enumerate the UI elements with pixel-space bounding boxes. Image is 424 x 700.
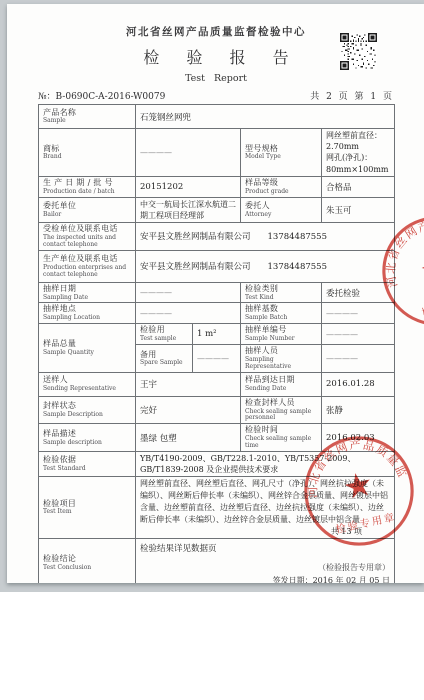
label-bailor: 委托单位Bailor (39, 197, 136, 222)
label-brand: 商标Brand (39, 129, 136, 177)
report-title-en: Test Report (38, 73, 394, 84)
value-arrival-date: 2016.01.28 (322, 372, 395, 396)
label-seal-state: 封样状态Sample Description (39, 396, 136, 424)
value-sender: 王宇 (136, 372, 241, 396)
table-row: 抽样日期Sampling Date ———— 检验类别Test Kind 委托检… (39, 282, 395, 303)
table-row: 封样状态Sample Description 完好 检查封样人员Check se… (39, 396, 395, 424)
label-spare-sample: 备用Spare Sample (136, 345, 193, 373)
value-sampling-rep: ———— (322, 345, 395, 373)
label-sender: 送样人Sending Representative (39, 372, 136, 396)
table-row: 产品名称Sample 石笼钢丝网兜 (39, 105, 395, 129)
label-test-kind: 检验类别Test Kind (241, 282, 322, 303)
label-test-standard: 检验依据Test Standard (39, 451, 136, 476)
table-row: 送样人Sending Representative 王宇 样品到达日期Sendi… (39, 372, 395, 396)
label-conclusion: 检验结论Test Conclusion (39, 538, 136, 583)
value-spare-sample: ———— (193, 345, 241, 373)
value-bailor: 中交一航局长江深水航道二期工程项目经理部 (136, 197, 241, 222)
value-producer-unit: 安平县文胜丝网制品有限公司 13784487555 (136, 250, 395, 282)
stamp-note: （检验报告专用章） (140, 562, 390, 573)
value-model: 网丝塑前直径：2.70mm网孔(净孔)：80mm×100mm (322, 129, 395, 177)
label-product: 产品名称Sample (39, 105, 136, 129)
page-info: 共 2 页 第 1 页 (310, 89, 394, 102)
report-number-row: №：B-0690C-A-2016-W0079 共 2 页 第 1 页 (38, 89, 394, 102)
value-sample-number: ———— (322, 324, 395, 345)
value-test-sample: 1 m² (193, 324, 241, 345)
table-row: 委托单位Bailor 中交一航局长江深水航道二期工程项目经理部 委托人Attor… (39, 197, 395, 222)
label-sample-number: 抽样单编号Sample Number (241, 324, 322, 345)
value-product: 石笼钢丝网兜 (136, 105, 395, 129)
label-producer-unit: 生产单位及联系电话Production enterprises and cont… (39, 250, 136, 282)
table-row: 抽样地点Sampling Location ———— 抽样基数Sample Ba… (39, 303, 395, 324)
qr-code-icon (340, 33, 377, 70)
label-production-date: 生 产 日 期 / 批 号Production date / batch (39, 176, 136, 197)
table-row: 样品总量Sample Quantity 检验用Test sample 1 m² … (39, 324, 395, 345)
table-row: 商标Brand ———— 型号规格Model Type 网丝塑前直径：2.70m… (39, 129, 395, 177)
label-sampling-date: 抽样日期Sampling Date (39, 282, 136, 303)
value-attorney: 朱玉可 (322, 197, 395, 222)
stamp-star-icon: ★ (413, 242, 424, 290)
label-sample-quantity: 样品总量Sample Quantity (39, 324, 136, 373)
value-sample-batch: ———— (322, 303, 395, 324)
label-sample-batch: 抽样基数Sample Batch (241, 303, 322, 324)
value-sample-desc: 墨绿 包塑 (136, 424, 241, 452)
label-test-sample: 检验用Test sample (136, 324, 193, 345)
table-row: 生 产 日 期 / 批 号Production date / batch 201… (39, 176, 395, 197)
label-attorney: 委托人Attorney (241, 197, 322, 222)
value-seal-checker: 张静 (322, 396, 395, 424)
issue-date: 签发日期：2016 年 02 月 05 日 (140, 575, 390, 583)
report-content: 河北省丝网产品质量监督检验中心 检 验 报 告 Test Report №：B-… (7, 4, 424, 583)
value-sampling-date: ———— (136, 282, 241, 303)
value-inspected-unit: 安平县文胜丝网制品有限公司 13784487555 (136, 222, 395, 250)
report-number: №：B-0690C-A-2016-W0079 (38, 89, 165, 102)
value-grade: 合格品 (322, 176, 395, 197)
label-grade: 样品等级Product grade (241, 176, 322, 197)
value-sampling-location: ———— (136, 303, 241, 324)
value-production-date: 20151202 (136, 176, 241, 197)
label-arrival-date: 样品到达日期Sending Date (241, 372, 322, 396)
report-page: 河北省丝网产品质量监督检验中心 检 验 报 告 Test Report №：B-… (7, 4, 424, 583)
value-brand: ———— (136, 129, 241, 177)
label-sampling-location: 抽样地点Sampling Location (39, 303, 136, 324)
label-sample-desc: 样品描述Sample description (39, 424, 136, 452)
label-test-item: 检验项目Test Item (39, 476, 136, 538)
label-seal-checker: 检查封样人员Check sealing sample personnel (241, 396, 322, 424)
label-sampling-rep: 抽样人员Sampling Representative (241, 345, 322, 373)
value-seal-state: 完好 (136, 396, 241, 424)
label-inspected-unit: 受检单位及联系电话The inspected units and contact… (39, 222, 136, 250)
svg-text:检验专用章: 检验专用章 (420, 283, 424, 320)
svg-text:检验专用章: 检验专用章 (334, 510, 397, 535)
table-row: 生产单位及联系电话Production enterprises and cont… (39, 250, 395, 282)
table-row: 受检单位及联系电话The inspected units and contact… (39, 222, 395, 250)
label-model: 型号规格Model Type (241, 129, 322, 177)
official-stamp-icon: 河北省丝网产品质量监督检验中心 ★ 检验专用章 (289, 421, 424, 561)
stamp-star-icon: ★ (339, 463, 376, 507)
